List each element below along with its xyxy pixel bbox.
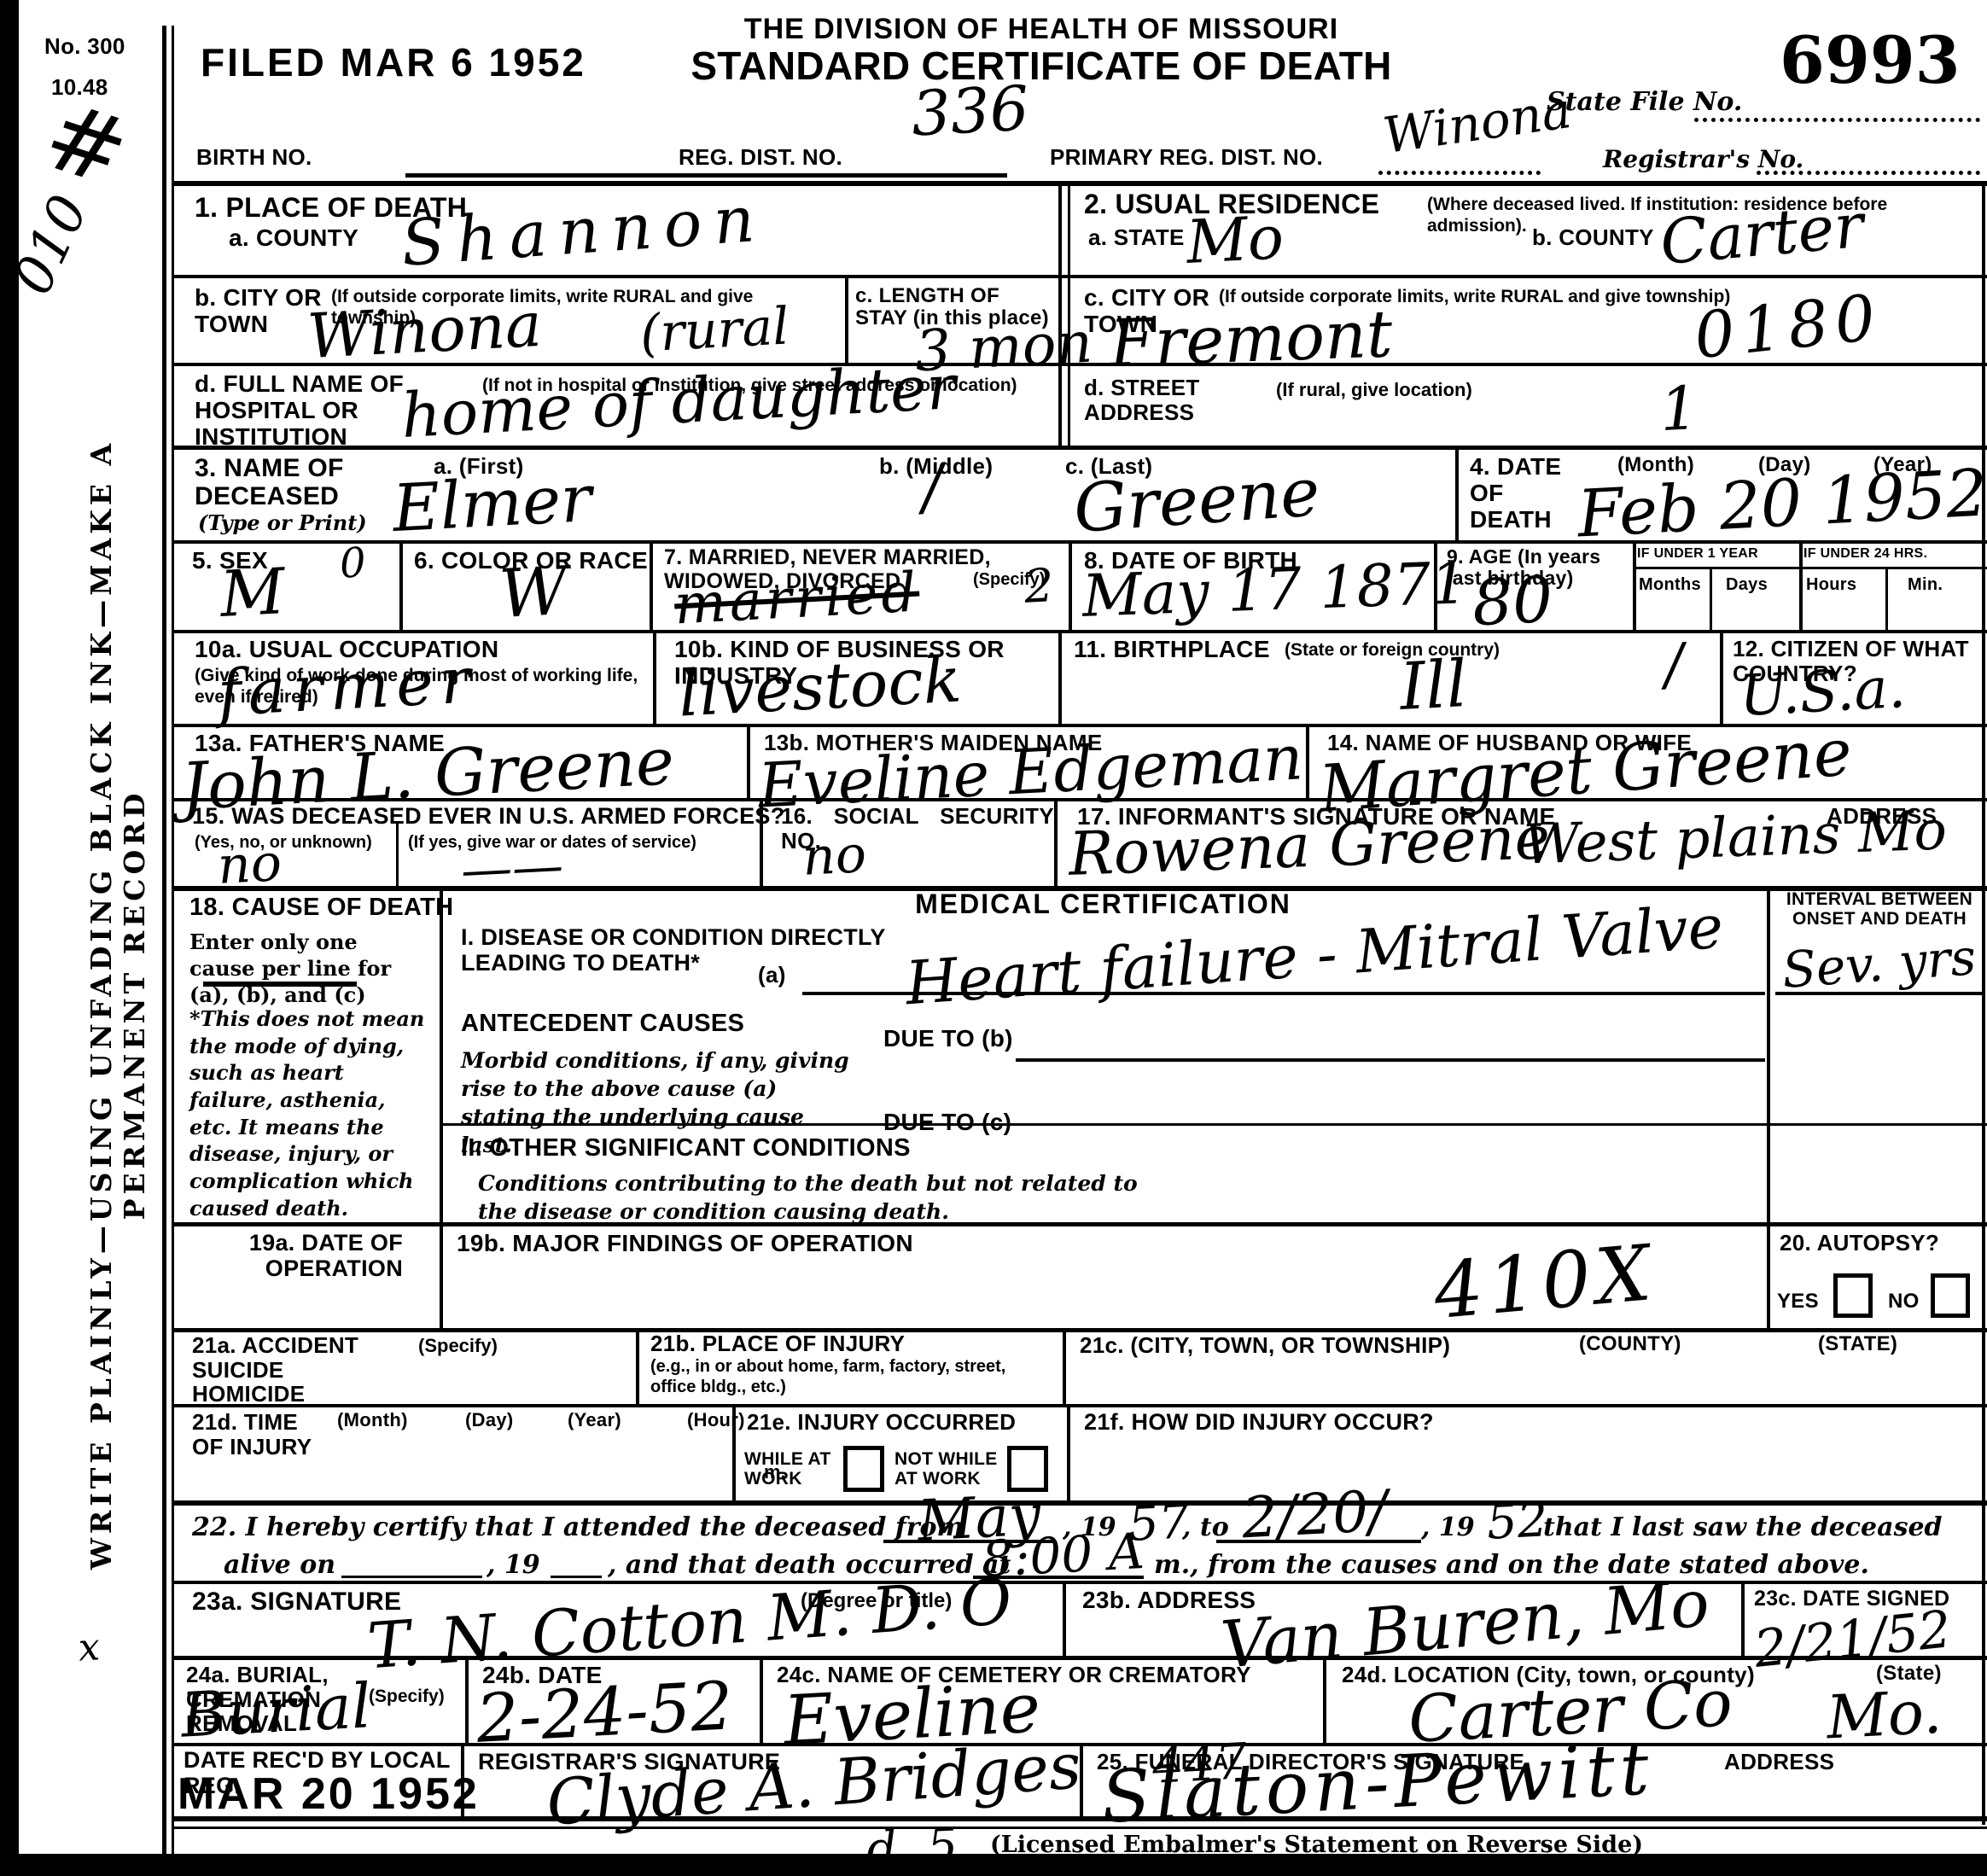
certify-text-4: , 19: [1421, 1512, 1475, 1542]
grid-line: [1633, 540, 1636, 630]
grid-line: [1306, 724, 1309, 798]
grid-line: [1054, 798, 1058, 886]
marital-value: married: [673, 562, 921, 638]
accident-specify-note: (Specify): [418, 1335, 498, 1357]
under24-header: IF UNDER 24 HRS.: [1803, 546, 1927, 562]
marital-mark: 2: [1023, 558, 1055, 614]
place-of-injury-label: 21b. PLACE OF INJURY: [650, 1331, 905, 1356]
primary-reg-label: PRIMARY REG. DIST. NO.: [1050, 145, 1323, 170]
age-value: 80: [1471, 563, 1555, 641]
while-at-work-checkbox: [843, 1446, 884, 1492]
certify-text-6: alive on: [224, 1550, 335, 1580]
pod-city-label: b. CITY OR TOWN: [195, 285, 323, 338]
grid-line: [396, 821, 399, 886]
grid-line: [399, 540, 403, 630]
injury-state-label: (STATE): [1818, 1333, 1897, 1355]
filed-stamp: FILED MAR 6 1952: [201, 39, 586, 85]
deceased-name-subtitle: (Type or Print): [198, 510, 367, 535]
dob-value: May 17 1871: [1081, 550, 1469, 631]
hours-label: Hours: [1806, 575, 1856, 594]
armed-forces-label: 15. WAS DECEASED EVER IN U.S. ARMED FORC…: [192, 804, 785, 830]
toi-hour-col: (Hour): [687, 1410, 745, 1430]
reg-dist-value: 336: [910, 72, 1031, 149]
autopsy-no-label: NO: [1888, 1290, 1920, 1313]
date-of-operation-label: 19a. DATE OF OPERATION: [189, 1231, 403, 1281]
grid-line: [172, 630, 1987, 633]
due-to-c-label: DUE TO (c): [883, 1110, 1011, 1136]
certify-text-5: that I last saw the deceased: [1543, 1512, 1943, 1542]
certify-alive-line: [341, 1576, 482, 1578]
due-to-b-line: [1016, 1058, 1765, 1062]
injury-occurred-label: 21e. INJURY OCCURRED: [747, 1410, 1016, 1435]
state-file-number: 6993: [1780, 19, 1961, 103]
grid-line: [172, 1826, 1987, 1829]
autopsy-yes-label: YES: [1777, 1290, 1819, 1313]
cause-note-1: Enter only one cause per line for (a), (…: [189, 929, 428, 1009]
under1-header: IF UNDER 1 YEAR: [1637, 546, 1758, 562]
grid-line: [172, 1500, 1987, 1506]
registrar-no-label: Registrar's No.: [1603, 145, 1803, 173]
form-border-left-outer: [162, 26, 166, 1854]
grid-line: [1063, 1581, 1066, 1656]
days-label: Days: [1726, 575, 1768, 594]
date-received-stamp: MAR 20 1952: [178, 1768, 480, 1820]
other-conditions-note: Conditions contributing to the death but…: [478, 1169, 1144, 1226]
last-name-value: Greene: [1071, 454, 1322, 548]
certificate-title: STANDARD CERTIFICATE OF DEATH: [597, 44, 1485, 88]
pod-city-value: Winona: [306, 288, 544, 372]
grid-line: [650, 540, 653, 630]
disease-label: I. DISEASE OR CONDITION DIRECTLY LEADING…: [461, 925, 888, 976]
grid-line: [1710, 567, 1712, 630]
grid-line: [1455, 446, 1459, 540]
funeral-director-address-label: ADDRESS: [1724, 1750, 1834, 1774]
form-border-right: [1982, 183, 1985, 1825]
reg-dist-label: REG. DIST. NO.: [679, 145, 842, 170]
armed-forces-value: no: [216, 833, 283, 896]
grid-line: [1058, 630, 1062, 724]
grid-line: [653, 630, 656, 724]
pod-county-label: a. COUNTY: [229, 225, 358, 252]
date-of-death-label: 4. DATE OF DEATH: [1470, 454, 1585, 533]
burial-location-state-value: Mo.: [1825, 1677, 1943, 1753]
form-border-left-inner: [172, 26, 174, 1854]
grid-line: [1885, 567, 1888, 630]
state-file-line: [1694, 118, 1980, 122]
grid-line: [1741, 1581, 1745, 1656]
interval-line: [1775, 992, 1984, 995]
grid-line: [440, 886, 443, 1328]
footer-handwriting: d, 5,: [865, 1817, 974, 1876]
grid-line: [1720, 630, 1723, 724]
ssn-value: no: [801, 824, 867, 888]
accident-suicide-label: 21a. ACCIDENT SUICIDE HOMICIDE: [192, 1333, 397, 1407]
primary-reg-line: [1378, 171, 1541, 175]
burial-value: Burial: [179, 1669, 373, 1751]
pod-city-value-2: (rural: [638, 296, 790, 364]
birth-no-label: BIRTH NO.: [196, 145, 312, 170]
disease-a-label: (a): [758, 963, 786, 988]
antecedent-title: ANTECEDENT CAUSES: [461, 1011, 744, 1038]
birthplace-label: 11. BIRTHPLACE: [1074, 637, 1270, 663]
residence-state-value: Mo: [1185, 202, 1285, 277]
birthplace-mark: /: [1663, 631, 1685, 697]
certify-text-1: 22. I hereby certify that I attended the…: [192, 1512, 964, 1542]
interval-label: INTERVAL BETWEEN ONSET AND DEATH: [1777, 889, 1982, 929]
grid-line: [1067, 1404, 1070, 1500]
informant-address-value: West plains Mo: [1523, 799, 1948, 877]
first-name-value: Elmer: [391, 460, 594, 546]
burial-date-value: 2-24-52: [475, 1668, 735, 1758]
grid-line: [636, 1328, 639, 1404]
cause-note-2: *This does not mean the mode of dying, s…: [189, 1005, 433, 1221]
birthplace-note: (State or foreign country): [1285, 640, 1500, 661]
grid-line: [172, 181, 1987, 186]
residence-county-label: b. COUNTY: [1532, 225, 1654, 250]
how-injury-occurred-label: 21f. HOW DID INJURY OCCUR?: [1084, 1410, 1434, 1436]
certify-to-line: [1216, 1540, 1421, 1543]
grid-line: [1063, 1328, 1066, 1404]
autopsy-no-checkbox: [1931, 1273, 1970, 1318]
grid-line: [845, 275, 848, 363]
cause-of-death-title: 18. CAUSE OF DEATH: [189, 894, 453, 922]
toi-month-col: (Month): [337, 1410, 408, 1430]
not-while-at-work-label: NOT WHILE AT WORK: [894, 1449, 1001, 1489]
sex-value: M: [219, 555, 287, 632]
residence-street-note: (If rural, give location): [1276, 379, 1472, 401]
min-label: Min.: [1908, 575, 1943, 594]
grid-line: [1069, 540, 1072, 630]
certify-text-3: , to: [1182, 1512, 1229, 1542]
primary-reg-value: Winona: [1379, 81, 1575, 165]
certify-text-7: , 19: [487, 1550, 540, 1580]
division-title: THE DIVISION OF HEALTH OF MISSOURI: [597, 14, 1485, 45]
interval-value: Sev. yrs: [1780, 928, 1978, 999]
residence-city-value: Fremont: [1109, 295, 1394, 382]
grid-line: [172, 1404, 1987, 1407]
residence-street-value: 1: [1658, 373, 1700, 445]
grid-line: [747, 724, 750, 798]
months-label: Months: [1639, 575, 1701, 594]
place-of-injury-note: (e.g., in or about home, farm, factory, …: [650, 1357, 1052, 1397]
grid-line: [1633, 567, 1987, 569]
major-findings-value: 410X: [1431, 1228, 1659, 1337]
industry-value: livestock: [677, 643, 964, 731]
middle-name-value: /: [920, 450, 945, 522]
occupation-value: farmer: [216, 644, 479, 731]
race-value: W: [498, 553, 570, 633]
autopsy-label: 20. AUTOPSY?: [1780, 1231, 1939, 1256]
injury-county-label: (COUNTY): [1579, 1333, 1681, 1355]
residence-street-label: d. STREET ADDRESS: [1084, 376, 1255, 424]
while-at-work-label: WHILE AT WORK: [744, 1449, 838, 1489]
residence-state-label: a. STATE: [1088, 225, 1185, 250]
injury-city-label: 21c. (CITY, TOWN, OR TOWNSHIP): [1080, 1333, 1450, 1358]
major-findings-label: 19b. MAJOR FINDINGS OF OPERATION: [457, 1231, 913, 1257]
certify-year2-value: 52: [1485, 1492, 1549, 1551]
sex-stray-mark: 0: [339, 539, 367, 588]
certify-year-line: [551, 1576, 602, 1578]
autopsy-yes-checkbox: [1833, 1273, 1873, 1318]
grid-line: [760, 1656, 763, 1743]
death-certificate-scan: No. 300 10.48 # 010 x WRITE PLAINLY—USIN…: [0, 0, 1987, 1876]
deceased-name-title: 3. NAME OF DECEASED: [195, 454, 425, 510]
burial-specify-note: (Specify): [369, 1687, 445, 1708]
embalmer-note: (Licensed Embalmer's Statement on Revers…: [990, 1830, 1643, 1860]
birthplace-value: Ill: [1398, 645, 1469, 725]
certify-text-9: m., from the causes and on the date stat…: [1154, 1550, 1869, 1580]
grid-line: [1799, 540, 1803, 630]
time-of-injury-label: 21d. TIME OF INJURY: [192, 1410, 324, 1459]
due-to-b-label: DUE TO (b): [883, 1026, 1013, 1052]
registrar-no-line: [1757, 171, 1980, 175]
margin-instruction: WRITE PLAINLY—USING UNFADING BLACK INK—M…: [84, 315, 120, 1694]
birth-no-line: [405, 173, 1007, 178]
toi-day-col: (Day): [465, 1410, 514, 1430]
toi-year-col: (Year): [568, 1410, 621, 1430]
form-number: No. 300: [44, 34, 125, 59]
other-conditions-title: II. OTHER SIGNIFICANT CONDITIONS: [461, 1135, 911, 1162]
cause-rule: [203, 982, 357, 987]
state-file-label: State File No.: [1547, 87, 1742, 117]
grid-line: [1767, 886, 1770, 1328]
